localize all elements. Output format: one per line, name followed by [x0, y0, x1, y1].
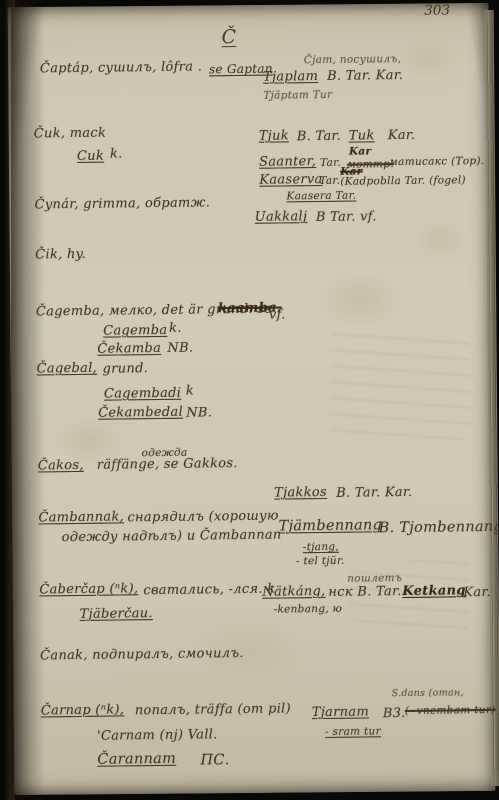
manuscript-line: Čambannak, [38, 510, 124, 526]
manuscript-line: матисакс (Тор). [389, 155, 485, 168]
manuscript-line: Kaaserva [259, 173, 322, 189]
manuscript-line: Kar [349, 145, 372, 157]
manuscript-line: Uakkalj [255, 210, 308, 226]
manuscript-line: Čarannam [97, 751, 176, 769]
manuscript-line: NB. [186, 406, 212, 421]
manuscript-line: Čik, hy. [35, 248, 86, 264]
manuscript-line: Čakos, [38, 459, 84, 474]
manuscript-line: Tjuk [259, 129, 289, 144]
manuscript-line: Nätkáng, [262, 585, 325, 601]
manuscript-line: - tel tjür. [296, 555, 345, 568]
manuscript-line: Čjam, посушилъ, [304, 53, 402, 66]
manuscript-line: NB. [167, 342, 193, 357]
manuscript-line: Tjaplam [263, 70, 318, 86]
manuscript-line: Kar. [388, 129, 416, 144]
manuscript-line: B. Tar. Kar. [327, 69, 403, 85]
section-letter: Č [221, 27, 236, 49]
manuscript-line: k [186, 385, 194, 400]
manuscript-line: Ketkang [402, 584, 466, 600]
manuscript-line: Čekamba [97, 342, 161, 358]
manuscript-line: B Tar. vf. [316, 210, 377, 226]
manuscript-line: пошлетъ [347, 572, 402, 585]
manuscript-line: Tjakkos [274, 486, 327, 502]
manuscript-line: Čaptáp, сушилъ, lôfra . [40, 60, 202, 77]
manuscript-line: Cagembadi [104, 387, 181, 403]
manuscript-line: Cuk [77, 150, 104, 165]
manuscript-line: B. Tjombennang Tur [378, 518, 499, 537]
manuscript-line: снарядилъ (хорошую [127, 510, 278, 527]
manuscript-line: -kenbang, ю [273, 603, 342, 616]
manuscript-line: Kar. [463, 586, 491, 601]
manuscript-line: B. Tar. [297, 130, 341, 145]
manuscript-line: Tjarnam [312, 705, 369, 721]
manuscript-line: Čynár, grimma, обратж. [35, 196, 211, 213]
manuscript-line: - sram tur [325, 725, 381, 738]
manuscript-line: k. [110, 147, 123, 162]
manuscript-line: одежду надѣлъ) и Čambannan [62, 528, 282, 546]
manuscript-line: Tuk [349, 129, 375, 144]
manuscript-line: Saanter, [259, 155, 316, 171]
manuscript-line: Tar. [320, 157, 341, 169]
manuscript-text-layer: 303 Č Čaptáp, сушилъ, lôfra . se Gaptan … [0, 0, 499, 800]
manuscript-line: Tjäberčau. [80, 607, 153, 623]
manuscript-line: Čanak, подпиралъ, смочилъ. [40, 647, 244, 664]
manuscript-line: vf. [269, 308, 286, 323]
manuscript-line: попалъ, träffa (om pil) [135, 702, 291, 719]
manuscript-line: Tar. [319, 175, 340, 187]
photo-frame: 303 Č Čaptáp, сушилъ, lôfra . se Gaptan … [0, 0, 499, 800]
manuscript-line: Cagemba [103, 324, 167, 340]
manuscript-line: Tjämbennang [278, 517, 382, 535]
manuscript-line: (- vnembam tur) [405, 704, 496, 717]
manuscript-line: S.dans (отан, [392, 688, 464, 700]
manuscript-line: -tjang, [303, 541, 339, 554]
manuscript-line: 'Carnam (nj) Vall. [97, 728, 218, 744]
manuscript-line: Čarnap (ⁿk), [41, 703, 125, 719]
manuscript-line: (Kadpoblla Tar. (fogel) [340, 174, 466, 188]
manuscript-line: Kaasera Tar. [286, 190, 356, 203]
manuscript-line: Čekambedal [98, 406, 183, 422]
manuscript-line: нск B. Tar. [328, 585, 401, 601]
manuscript-line: grund. [103, 362, 149, 377]
manuscript-line: Čagebal, [37, 362, 98, 378]
manuscript-line: B. Tar. Kar. [336, 486, 412, 502]
page-number: 303 [424, 3, 450, 19]
manuscript-line: B3. [383, 707, 406, 722]
manuscript-line: сватались, -лся. k [143, 583, 275, 600]
manuscript-line: ПС. [200, 752, 229, 769]
manuscript-line: Čaberčap (ⁿk), [39, 582, 138, 598]
manuscript-line: räffänge, se Gakkos. [97, 457, 238, 474]
manuscript-line: Tjäptam Tur [263, 89, 332, 102]
manuscript-line: k. [169, 322, 182, 337]
manuscript-line: Čuk, mack [34, 127, 107, 143]
